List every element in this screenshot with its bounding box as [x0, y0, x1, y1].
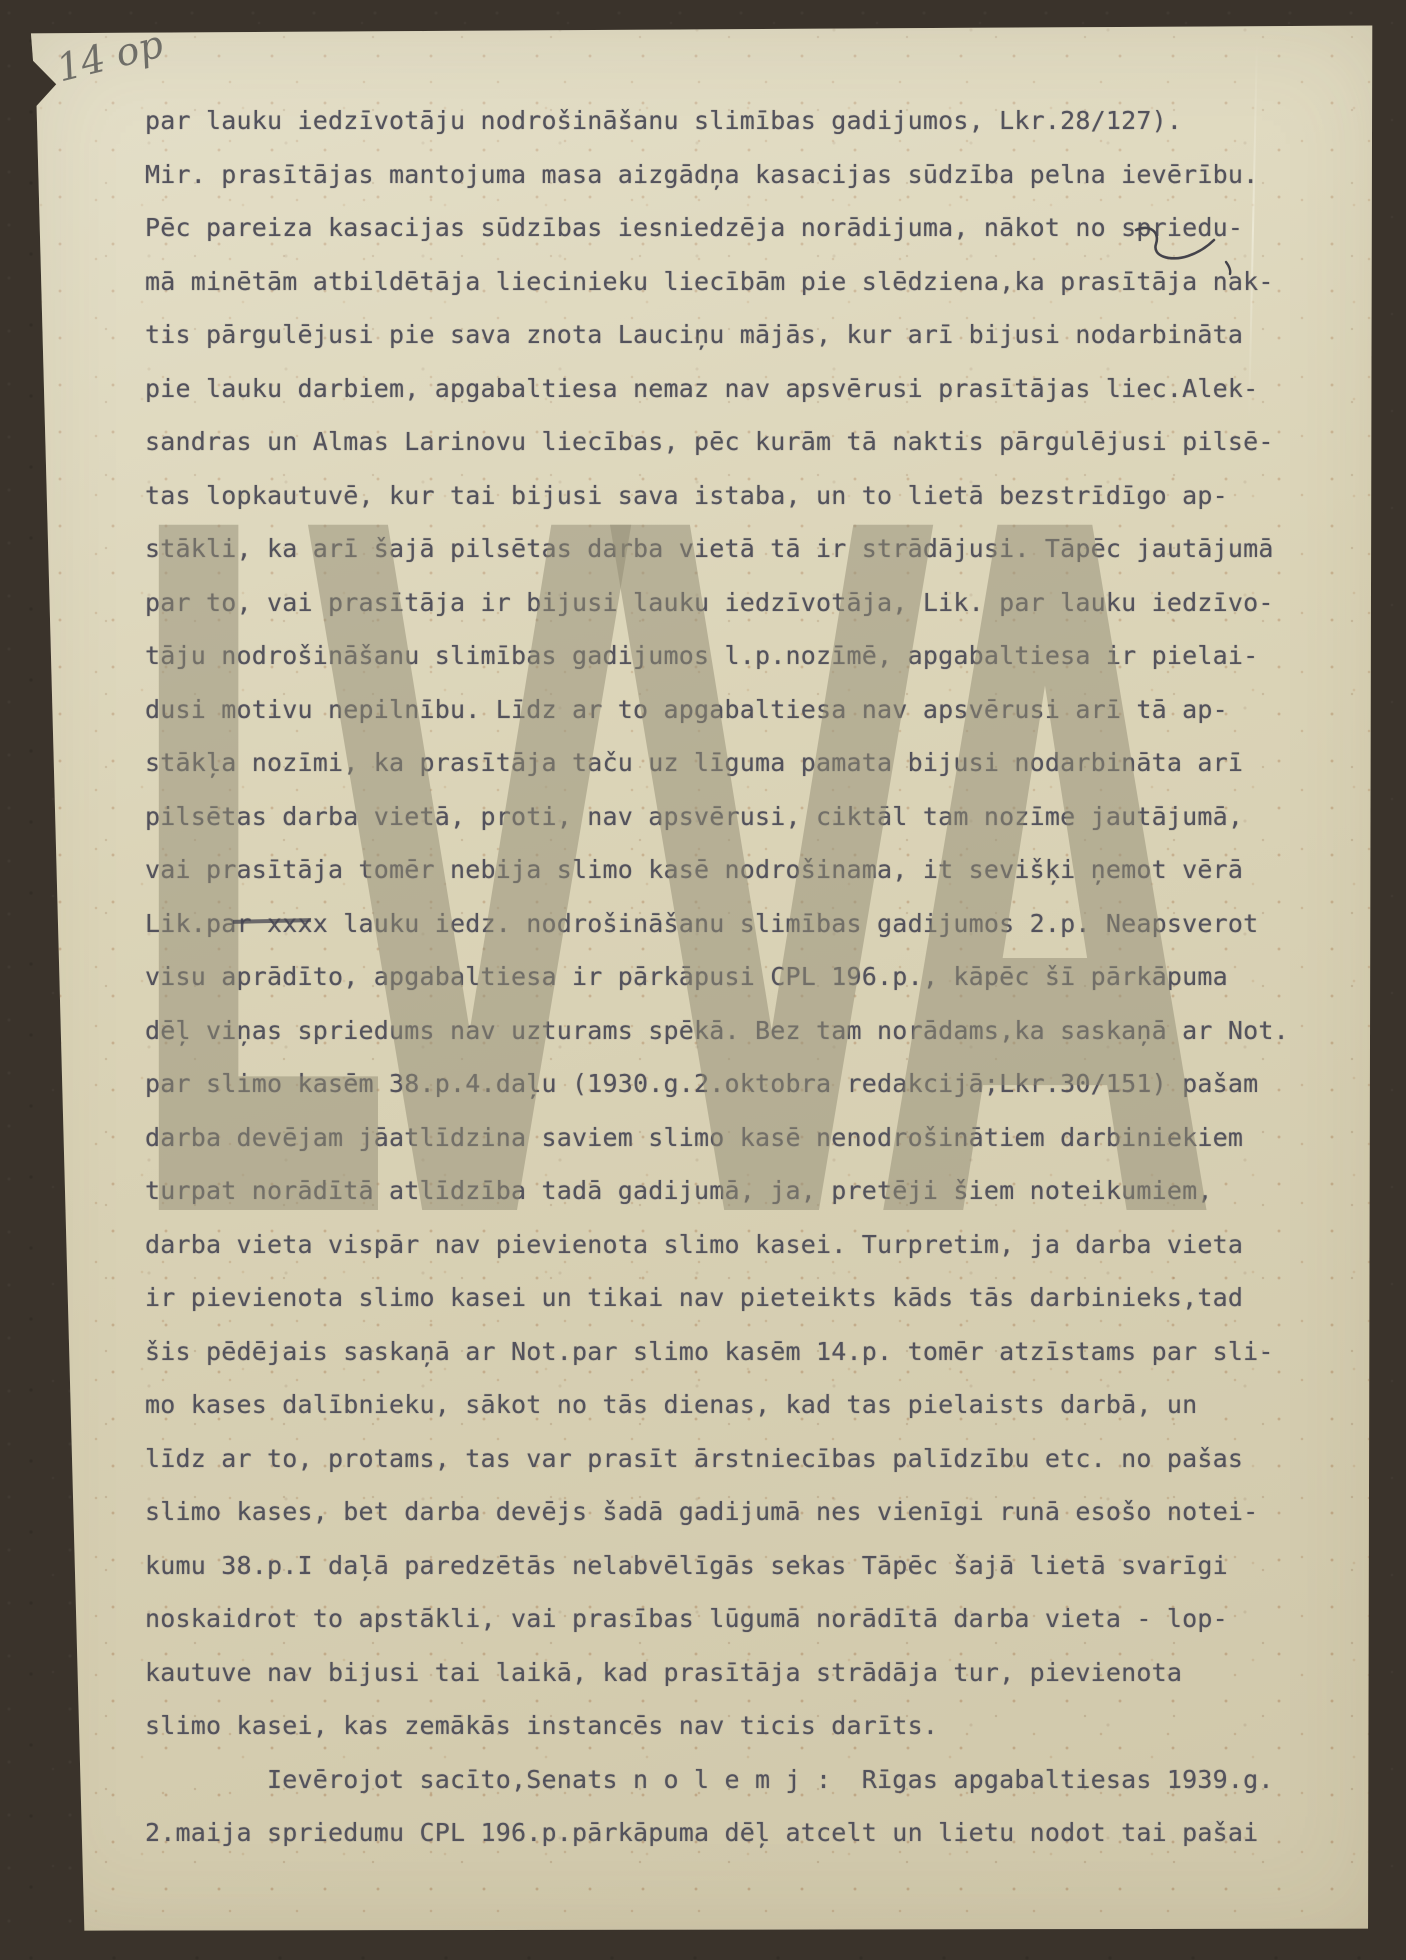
document-scan: par lauku iedzīvotāju nodrošināšanu slim… — [0, 0, 1406, 1960]
typed-line: pilsētas darba vietā, proti, nav apsvēru… — [145, 790, 1345, 844]
typed-line: vai prasītāja tomēr nebija slimo kasē no… — [145, 843, 1345, 897]
typed-line: noskaidrot to apstākli, vai prasības lūg… — [145, 1592, 1345, 1646]
typed-line: turpat norādītā atlīdzība tadā gadijumā,… — [145, 1164, 1345, 1218]
typed-line: 2.maija spriedumu CPL 196.p.pārkāpuma dē… — [145, 1806, 1345, 1860]
typed-line: dusi motivu nepilnību. Līdz ar to apgaba… — [145, 683, 1345, 737]
typed-line: kumu 38.p.I daļā paredzētās nelabvēlīgās… — [145, 1539, 1345, 1593]
typed-line: tas lopkautuvē, kur tai bijusi sava ista… — [145, 469, 1345, 523]
typed-line: tis pārgulējusi pie sava znota Lauciņu m… — [145, 308, 1345, 362]
typed-line: mo kases dalībnieku, sākot no tās dienas… — [145, 1378, 1345, 1432]
typed-line: ir pievienota slimo kasei un tikai nav p… — [145, 1271, 1345, 1325]
typed-line: par to, vai prasītāja ir bijusi lauku ie… — [145, 576, 1345, 630]
typed-line: dēļ viņas spriedums nav uzturams spēkā. … — [145, 1004, 1345, 1058]
typed-line: visu aprādīto, apgabaltiesa ir pārkāpusi… — [145, 950, 1345, 1004]
typed-line: sandras un Almas Larinovu liecības, pēc … — [145, 415, 1345, 469]
typed-line: Ievērojot sacīto,Senats n o l e m j : Rī… — [145, 1753, 1345, 1807]
typed-line: pie lauku darbiem, apgabaltiesa nemaz na… — [145, 362, 1345, 416]
typewritten-text: par lauku iedzīvotāju nodrošināšanu slim… — [145, 94, 1345, 1860]
ink-correction-mark — [1130, 222, 1240, 282]
typed-line: stākļa nozīmi, ka prasītāja taču uz līgu… — [145, 736, 1345, 790]
typed-line: Lik.par xxxx lauku iedz. nodrošināšanu s… — [145, 897, 1345, 951]
typed-line: kautuve nav bijusi tai laikā, kad prasīt… — [145, 1646, 1345, 1700]
typed-line: darba devējam jāatlīdzina saviem slimo k… — [145, 1111, 1345, 1165]
typed-line: slimo kases, bet darba devējs šadā gadij… — [145, 1485, 1345, 1539]
typed-line: par slimo kasēm 38.p.4.daļu (1930.g.2.ok… — [145, 1057, 1345, 1111]
typed-line: slimo kasei, kas zemākās instancēs nav t… — [145, 1699, 1345, 1753]
typed-line: Mir. prasītājas mantojuma masa aizgādņa … — [145, 148, 1345, 202]
typed-line: šis pēdējais saskaņā ar Not.par slimo ka… — [145, 1325, 1345, 1379]
typed-line: par lauku iedzīvotāju nodrošināšanu slim… — [145, 94, 1345, 148]
typed-line: tāju nodrošināšanu slimības gadijumos l.… — [145, 629, 1345, 683]
typed-line: darba vieta vispār nav pievienota slimo … — [145, 1218, 1345, 1272]
typed-line: stākli, ka arī šajā pilsētas darba vietā… — [145, 522, 1345, 576]
typed-line: līdz ar to, protams, tas var prasīt ārst… — [145, 1432, 1345, 1486]
